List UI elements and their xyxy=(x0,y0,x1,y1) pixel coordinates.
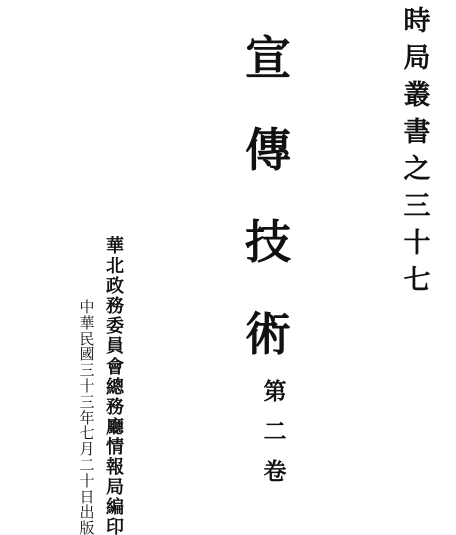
series-label-char: 十 xyxy=(402,230,432,267)
publisher-label-char: 華 xyxy=(104,238,126,258)
series-label-char: 時 xyxy=(402,8,432,45)
volume-label-char: 第 xyxy=(262,380,288,420)
book-title-char: 宣 xyxy=(243,35,293,127)
publisher-label-char: 務 xyxy=(104,399,126,419)
volume-label-char: 卷 xyxy=(262,460,288,500)
series-label-char: 叢 xyxy=(402,82,432,119)
series-label-char: 三 xyxy=(402,193,432,230)
publisher-label-char: 報 xyxy=(104,459,126,479)
publisher-label-char: 員 xyxy=(104,338,126,358)
volume-label-char: 二 xyxy=(262,420,288,460)
book-title: 宣傳技術 xyxy=(243,35,293,403)
volume-label: 第二卷 xyxy=(262,380,288,500)
series-label: 時局叢書之三十七 xyxy=(402,8,432,304)
series-label-char: 書 xyxy=(402,119,432,156)
publication-date-char: 版 xyxy=(78,521,96,535)
publisher-label-char: 總 xyxy=(104,379,126,399)
publisher-label-char: 會 xyxy=(104,359,126,379)
series-label-char: 之 xyxy=(402,156,432,193)
publisher-label-char: 委 xyxy=(104,318,126,338)
publisher-label: 華北政務委員會總務廳情報局編印 xyxy=(104,238,126,535)
series-label-char: 局 xyxy=(402,45,432,82)
series-label-char: 七 xyxy=(402,267,432,304)
publication-date: 中華民國三十三年七月二十日出版 xyxy=(78,300,96,535)
book-title-char: 技 xyxy=(243,219,293,311)
publisher-label-char: 廳 xyxy=(104,419,126,439)
publisher-label-char: 編 xyxy=(104,499,126,519)
book-title-char: 傳 xyxy=(243,127,293,219)
publisher-label-char: 印 xyxy=(104,519,126,535)
